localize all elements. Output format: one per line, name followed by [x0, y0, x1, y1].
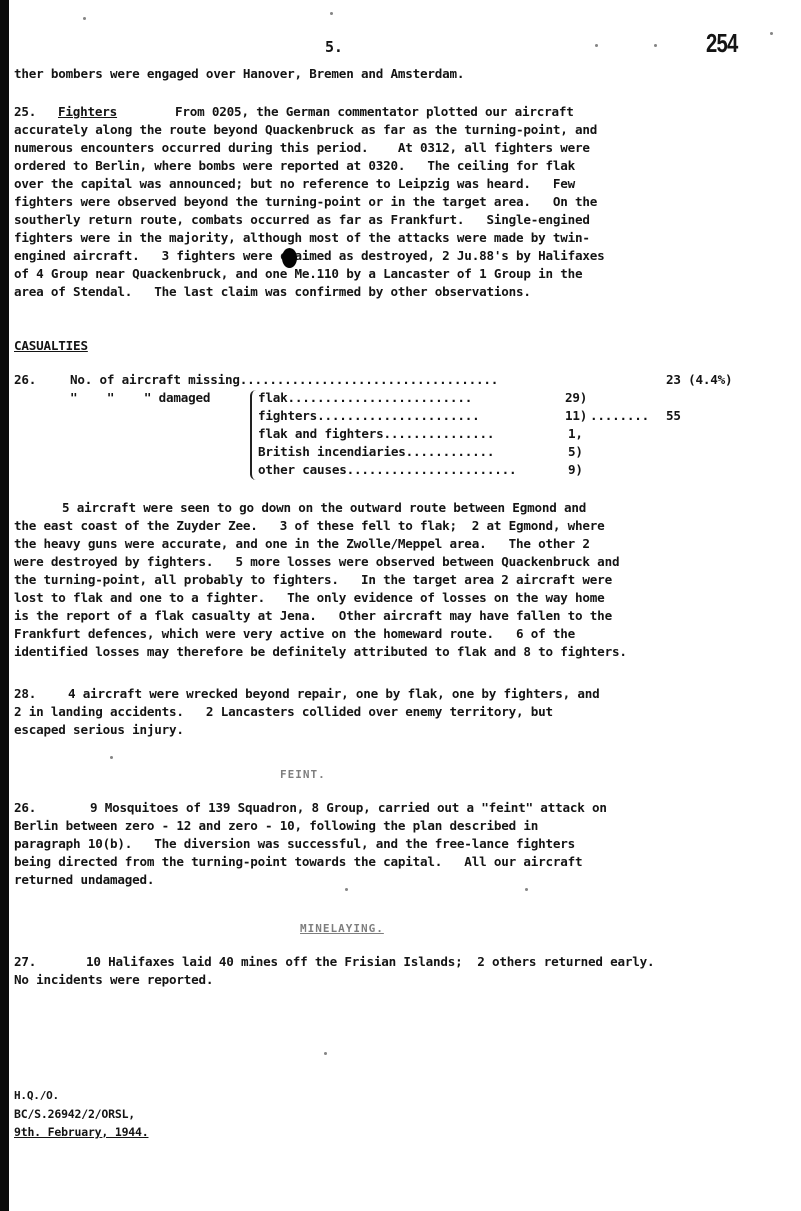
paragraph-line: From 0205, the German commentator plotte… — [175, 104, 574, 120]
paragraph-line: Frankfurt defences, which were very acti… — [14, 626, 575, 642]
paragraph-line: 2 in landing accidents. 2 Lancasters col… — [14, 704, 553, 720]
scan-speck — [770, 32, 773, 35]
damage-count: 1, — [568, 426, 583, 442]
paragraph-line: paragraph 10(b). The diversion was succe… — [14, 836, 575, 852]
footer-initials: H.Q./O. — [14, 1088, 59, 1104]
paragraph-line: escaped serious injury. — [14, 722, 184, 738]
paragraph-line: the turning-point, all probably to fight… — [14, 572, 612, 588]
paragraph-line: were destroyed by fighters. 5 more losse… — [14, 554, 619, 570]
paragraph-line: identified losses may therefore be defin… — [14, 644, 627, 660]
paragraph-line: 10 Halifaxes laid 40 mines off the Frisi… — [86, 954, 654, 970]
para-number: 26. — [14, 372, 36, 388]
damaged-label: " " " damaged — [70, 390, 210, 406]
damage-cause-row: British incendiaries............ — [258, 444, 494, 460]
scan-speck — [110, 756, 113, 759]
paragraph-line: No incidents were reported. — [14, 972, 213, 988]
damage-cause-row: fighters...................... — [258, 408, 479, 424]
damaged-leader-dots: ........ — [590, 408, 649, 424]
para-number: 28. — [14, 686, 36, 702]
section-heading: CASUALTIES — [14, 338, 88, 354]
paragraph-line: fighters were observed beyond the turnin… — [14, 194, 597, 210]
paragraph-line: Berlin between zero - 12 and zero - 10, … — [14, 818, 538, 834]
scan-speck — [330, 12, 333, 15]
footer-reference: BC/S.26942/2/ORSL, — [14, 1106, 135, 1122]
scan-speck — [595, 44, 598, 47]
damaged-total: 55 — [666, 408, 681, 424]
section-heading: Fighters — [58, 104, 117, 120]
ink-blot — [282, 248, 297, 268]
footer-date: 9th. February, 1944. — [14, 1124, 148, 1140]
paragraph-line: 9 Mosquitoes of 139 Squadron, 8 Group, c… — [90, 800, 607, 816]
para-number: 25. — [14, 104, 36, 120]
para-number: 26. — [14, 800, 36, 816]
paragraph-line: southerly return route, combats occurred… — [14, 212, 590, 228]
paragraph-line: lost to flak and one to a fighter. The o… — [14, 590, 605, 606]
section-heading: FEINT. — [280, 768, 326, 781]
page-stamp-number: 254 — [706, 28, 738, 59]
paragraph-line: numerous encounters occurred during this… — [14, 140, 590, 156]
paragraph-line: being directed from the turning-point to… — [14, 854, 582, 870]
scan-speck — [324, 1052, 327, 1055]
scan-speck — [654, 44, 657, 47]
paragraph-line: over the capital was announced; but no r… — [14, 176, 575, 192]
paragraph-line: 4 aircraft were wrecked beyond repair, o… — [68, 686, 600, 702]
damage-cause-row: flak and fighters............... — [258, 426, 494, 442]
paragraph-line: engined aircraft. 3 fighters were claime… — [14, 248, 605, 264]
missing-value: 23 (4.4%) — [666, 372, 732, 388]
damage-cause-row: flak......................... — [258, 390, 472, 406]
opening-line: ther bombers were engaged over Hanover, … — [14, 66, 464, 82]
damage-count: 5) — [568, 444, 583, 460]
page-number: 5. — [325, 38, 343, 56]
paragraph-line: fighters were in the majority, although … — [14, 230, 590, 246]
paragraph-line: is the report of a flak casualty at Jena… — [14, 608, 612, 624]
missing-label: No. of aircraft missing.................… — [70, 372, 498, 388]
paragraph-line: area of Stendal. The last claim was conf… — [14, 284, 531, 300]
paragraph-line: accurately along the route beyond Quacke… — [14, 122, 597, 138]
paragraph-line: returned undamaged. — [14, 872, 154, 888]
scan-speck — [83, 17, 86, 20]
document-page: 5. 254 ther bombers were engaged over Ha… — [0, 0, 801, 1211]
damage-count: 11) — [565, 408, 587, 424]
para-number: 27. — [14, 954, 36, 970]
paragraph-line: ordered to Berlin, where bombs were repo… — [14, 158, 575, 174]
damage-count: 29) — [565, 390, 587, 406]
paragraph-line: of 4 Group near Quackenbruck, and one Me… — [14, 266, 582, 282]
scan-speck — [345, 888, 348, 891]
paragraph-line: the heavy guns were accurate, and one in… — [14, 536, 590, 552]
section-heading: MINELAYING. — [300, 922, 384, 935]
damage-count: 9) — [568, 462, 583, 478]
damage-cause-row: other causes....................... — [258, 462, 516, 478]
scan-speck — [525, 888, 528, 891]
paragraph-line: 5 aircraft were seen to go down on the o… — [62, 500, 586, 516]
paragraph-line: the east coast of the Zuyder Zee. 3 of t… — [14, 518, 605, 534]
